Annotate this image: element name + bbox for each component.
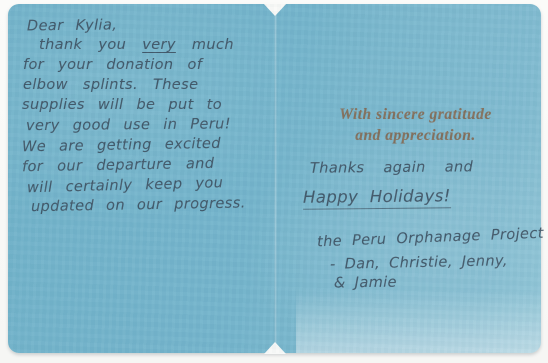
note-line: supplies will be put to xyxy=(22,95,280,115)
thanks-text-pre: thank you xyxy=(39,37,142,53)
thanks-text-post: much xyxy=(176,37,234,53)
underlined-happy-holidays: Happy Holidays! xyxy=(303,186,451,210)
printed-sentiment-line1: With sincere gratitude xyxy=(303,104,528,125)
scan-light-fade xyxy=(296,289,541,353)
card-bottom-notch xyxy=(264,342,286,354)
underlined-word-very: very xyxy=(142,37,176,53)
printed-sentiment-line2: and appreciation. xyxy=(303,125,528,146)
signature-names-line2: & Jamie xyxy=(334,275,397,292)
note-line-thanks: thank you very much xyxy=(39,35,280,55)
note-line: elbow splints. These xyxy=(23,75,280,95)
note-line: for your donation of xyxy=(23,55,280,75)
thank-you-card: Dear Kylia, thank you very much for your… xyxy=(8,4,541,353)
signature-names-line1: - Dan, Christie, Jenny, xyxy=(330,253,508,273)
greeting-line: Dear Kylia, xyxy=(27,14,280,37)
card-left-panel-note: Dear Kylia, thank you very much for your… xyxy=(22,15,280,215)
note-line: updated on our progress. xyxy=(31,193,280,217)
closing-line-happy-holidays: Happy Holidays! xyxy=(303,186,451,211)
signature-org-line: the Peru Orphanage Project xyxy=(317,226,544,251)
scan-background: Dear Kylia, thank you very much for your… xyxy=(0,0,548,363)
closing-line-thanks-again: Thanks again and xyxy=(310,159,473,176)
printed-sentiment: With sincere gratitude and appreciation. xyxy=(303,104,528,146)
